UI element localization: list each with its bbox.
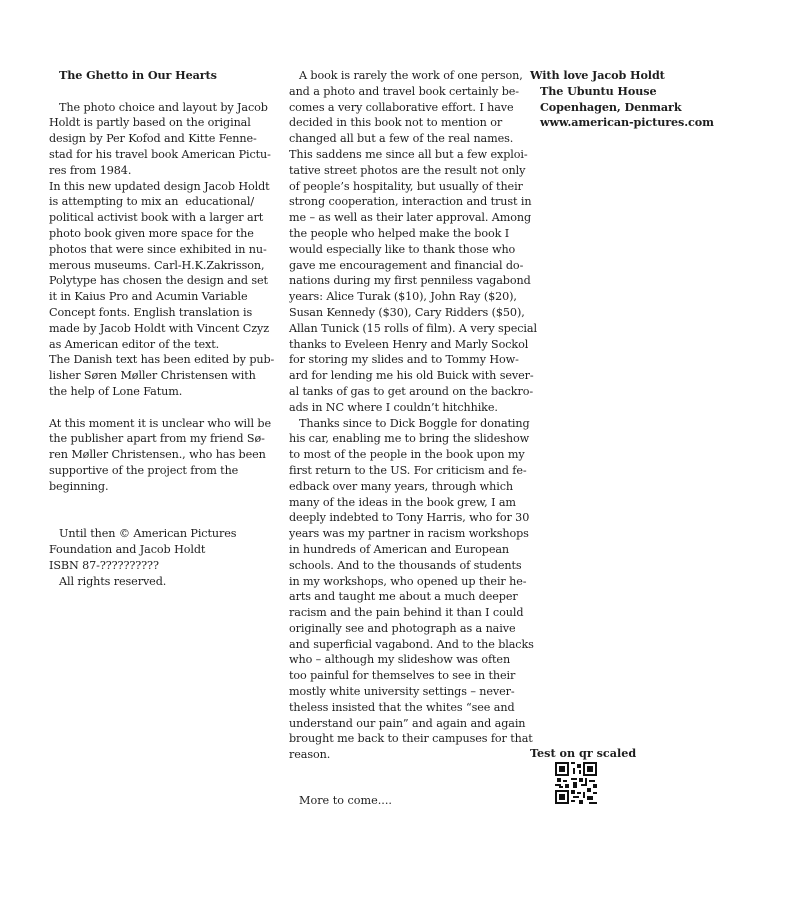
text-line: nations during my first penniless vagabo… [289,273,519,289]
text-line: reason. [289,747,519,763]
text-line: Allan Tunick (15 rolls of film). A very … [289,321,519,337]
text-line: of people’s hospitality, but usually of … [289,179,519,195]
signature: With love Jacob Holdt [530,68,730,84]
more-to-come-note: More to come.... [299,794,392,807]
text-line: is attempting to mix an educational/ [49,194,274,210]
text-line: photos that were since exhibited in nu- [49,242,274,258]
address-line: Copenhagen, Denmark [530,100,730,116]
text-line: ard for lending me his old Buick with se… [289,368,519,384]
text-line: thanks to Eveleen Henry and Marly Sockol [289,337,519,353]
text-line: al tanks of gas to get around on the bac… [289,384,519,400]
text-line: This saddens me since all but a few expl… [289,147,519,163]
text-line: made by Jacob Holdt with Vincent Czyz [49,321,274,337]
text-line: The Danish text has been edited by pub- [49,352,274,368]
text-line: schools. And to the thousands of student… [289,558,519,574]
text-line: years: Alice Turak ($10), John Ray ($20)… [289,289,519,305]
text-line: in hundreds of American and European [289,542,519,558]
text-line: Polytype has chosen the design and set [49,273,274,289]
text-line: and superficial vagabond. And to the bla… [289,637,519,653]
text-line: originally see and photograph as a naive [289,621,519,637]
text-line: first return to the US. For criticism an… [289,463,519,479]
text-line: arts and taught me about a much deeper [289,589,519,605]
text-line: who – although my slideshow was often [289,652,519,668]
text-line: In this new updated design Jacob Holdt [49,179,274,195]
text-line: All rights reserved. [49,574,274,590]
isbn: ISBN 87-?????????? [49,558,274,574]
text-line: many of the ideas in the book grew, I am [289,495,519,511]
text-line: supportive of the project from the [49,463,274,479]
text-line: political activist book with a larger ar… [49,210,274,226]
text-line: to most of the people in the book upon m… [289,447,519,463]
text-line: racism and the pain behind it than I cou… [289,605,519,621]
text-line: theless insisted that the whites “see an… [289,700,519,716]
text-line: years was my partner in racism workshops [289,526,519,542]
text-line: tative street photos are the result not … [289,163,519,179]
text-line: and a photo and travel book certainly be… [289,84,519,100]
copyright-block: Until then © American Pictures Foundatio… [49,526,274,589]
text-line: ads in NC where I couldn’t hitchhike. [289,400,519,416]
text-line: his car, enabling me to bring the slides… [289,431,519,447]
text-line: for storing my slides and to Tommy How- [289,352,519,368]
text-line: edback over many years, through which [289,479,519,495]
text-line: photo book given more space for the [49,226,274,242]
text-line: mostly white university settings – never… [289,684,519,700]
text-line: decided in this book not to mention or [289,115,519,131]
text-line: understand our pain” and again and again [289,716,519,732]
text-line: lisher Søren Møller Christensen with [49,368,274,384]
text-line: the help of Lone Fatum. [49,384,274,400]
colophon-paragraph: The photo choice and layout by Jacob Hol… [49,100,274,400]
text-line: the people who helped make the book I [289,226,519,242]
text-line: comes a very collaborative effort. I hav… [289,100,519,116]
text-line: ren Møller Christensen., who has been [49,447,274,463]
text-line: strong cooperation, interaction and trus… [289,194,519,210]
column-signature: With love Jacob Holdt The Ubuntu House C… [530,68,730,131]
website-link[interactable]: www.american-pictures.com [530,115,730,131]
text-line: merous museums. Carl-H.K.Zakrisson, [49,258,274,274]
text-line: Until then © American Pictures [49,526,274,542]
text-line: At this moment it is unclear who will be [49,416,274,432]
text-line: gave me encouragement and financial do- [289,258,519,274]
column-colophon: The Ghetto in Our Hearts The photo choic… [49,68,274,589]
text-line: res from 1984. [49,163,274,179]
qr-code-icon[interactable] [555,762,597,804]
text-line: as American editor of the text. [49,337,274,353]
text-line: Susan Kennedy ($30), Cary Ridders ($50), [289,305,519,321]
text-line: would especially like to thank those who [289,242,519,258]
text-line: Foundation and Jacob Holdt [49,542,274,558]
publisher-paragraph: At this moment it is unclear who will be… [49,416,274,495]
title: The Ghetto in Our Hearts [49,68,274,84]
text-line: design by Per Kofod and Kitte Fenne- [49,131,274,147]
text-line: beginning. [49,479,274,495]
text-line: brought me back to their campuses for th… [289,731,519,747]
text-line: it in Kaius Pro and Acumin Variable [49,289,274,305]
text-line: Thanks since to Dick Boggle for donating [289,416,519,432]
text-line: too painful for themselves to see in the… [289,668,519,684]
text-line: me – as well as their later approval. Am… [289,210,519,226]
text-line: changed all but a few of the real names. [289,131,519,147]
text-line: Concept fonts. English translation is [49,305,274,321]
qr-caption: Test on qr scaled [530,746,636,760]
text-line: the publisher apart from my friend Sø- [49,431,274,447]
text-line: A book is rarely the work of one person, [289,68,519,84]
text-line: in my workshops, who opened up their he- [289,574,519,590]
text-line: The photo choice and layout by Jacob [49,100,274,116]
text-line: Holdt is partly based on the original [49,115,274,131]
address-line: The Ubuntu House [530,84,730,100]
column-acknowledgements: A book is rarely the work of one person,… [289,68,519,763]
text-line: deeply indebted to Tony Harris, who for … [289,510,519,526]
acknowledgements-paragraph-1: A book is rarely the work of one person,… [289,68,519,416]
acknowledgements-paragraph-2: Thanks since to Dick Boggle for donating… [289,416,519,764]
text-line: stad for his travel book American Pictu- [49,147,274,163]
